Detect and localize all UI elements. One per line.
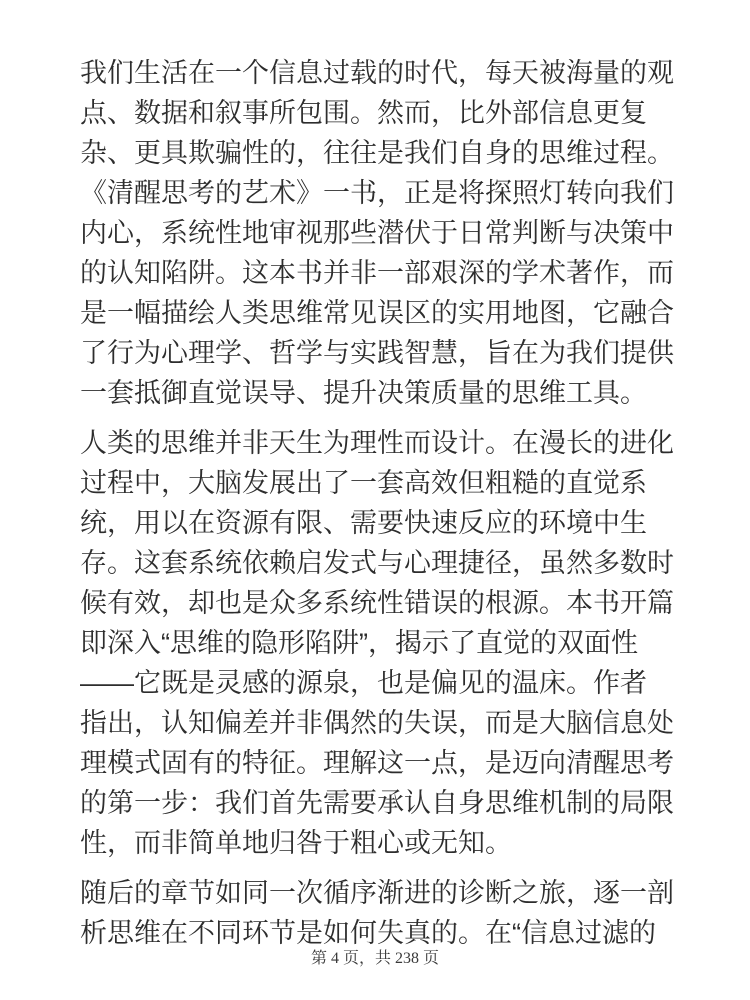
text-line: 随后的章节如同一次循序渐进的诊断之旅，逐一剖 bbox=[80, 873, 680, 913]
text-line: 点、数据和叙事所包围。然而，比外部信息更复 bbox=[80, 93, 680, 133]
text-line: 理模式固有的特征。理解这一点，是迈向清醒思考 bbox=[80, 743, 680, 783]
text-line: 人类的思维并非天生为理性而设计。在漫长的进化 bbox=[80, 423, 680, 463]
text-line: 一套抵御直觉误导、提升决策质量的思维工具。 bbox=[80, 373, 680, 413]
text-line: 存。这套系统依赖启发式与心理捷径，虽然多数时 bbox=[80, 543, 680, 583]
text-line: 即深入“思维的隐形陷阱”，揭示了直觉的双面性 bbox=[80, 623, 680, 663]
text-line: ——它既是灵感的源泉，也是偏见的温床。作者 bbox=[80, 663, 680, 703]
text-line: 的认知陷阱。这本书并非一部艰深的学术著作，而 bbox=[80, 253, 680, 293]
text-line: 候有效，却也是众多系统性错误的根源。本书开篇 bbox=[80, 583, 680, 623]
document-body-text: 我们生活在一个信息过载的时代，每天被海量的观 点、数据和叙事所包围。然而，比外部… bbox=[80, 53, 680, 953]
document-page: 我们生活在一个信息过载的时代，每天被海量的观 点、数据和叙事所包围。然而，比外部… bbox=[0, 0, 750, 1000]
text-line: 析思维在不同环节是如何失真的。在“信息过滤的 bbox=[80, 913, 680, 953]
page-number-footer: 第 4 页，共 238 页 bbox=[0, 951, 750, 967]
text-line: 性，而非简单地归咎于粗心或无知。 bbox=[80, 823, 680, 863]
text-line: 过程中，大脑发展出了一套高效但粗糙的直觉系 bbox=[80, 463, 680, 503]
text-line: 我们生活在一个信息过载的时代，每天被海量的观 bbox=[80, 53, 680, 93]
text-line: 了行为心理学、哲学与实践智慧，旨在为我们提供 bbox=[80, 333, 680, 373]
text-line: 《清醒思考的艺术》一书，正是将探照灯转向我们 bbox=[80, 173, 680, 213]
text-line: 统，用以在资源有限、需要快速反应的环境中生 bbox=[80, 503, 680, 543]
paragraph-2: 人类的思维并非天生为理性而设计。在漫长的进化 过程中，大脑发展出了一套高效但粗糙… bbox=[80, 423, 680, 863]
paragraph-1: 我们生活在一个信息过载的时代，每天被海量的观 点、数据和叙事所包围。然而，比外部… bbox=[80, 53, 680, 413]
text-line: 是一幅描绘人类思维常见误区的实用地图，它融合 bbox=[80, 293, 680, 333]
text-line: 内心，系统性地审视那些潜伏于日常判断与决策中 bbox=[80, 213, 680, 253]
text-line: 指出，认知偏差并非偶然的失误，而是大脑信息处 bbox=[80, 703, 680, 743]
text-line: 的第一步：我们首先需要承认自身思维机制的局限 bbox=[80, 783, 680, 823]
paragraph-3: 随后的章节如同一次循序渐进的诊断之旅，逐一剖 析思维在不同环节是如何失真的。在“… bbox=[80, 873, 680, 953]
text-line: 杂、更具欺骗性的，往往是我们自身的思维过程。 bbox=[80, 133, 680, 173]
